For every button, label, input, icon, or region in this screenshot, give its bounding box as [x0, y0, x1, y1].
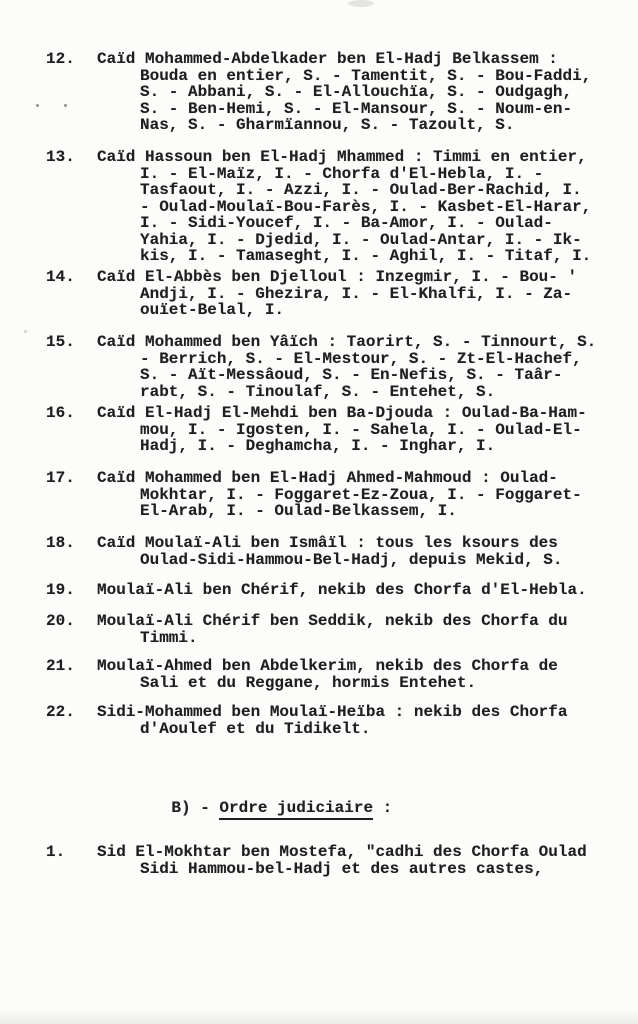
text-line: Caïd El-Abbès ben Djelloul : Inzegmir, I…	[97, 269, 627, 286]
item-text: Moulaï-Ali Chérif ben Seddik, nekib des …	[97, 613, 627, 646]
item-number: 16.	[46, 405, 75, 422]
item-number: 20.	[46, 613, 75, 630]
text-line: S. - Ben-Hemi, S. - El-Mansour, S. - Nou…	[97, 101, 627, 118]
text-line: Oulad-Sidi-Hammou-Bel-Hadj, depuis Mekid…	[97, 552, 627, 569]
item-number: 15.	[46, 334, 75, 351]
text-line: Timmi.	[97, 630, 627, 647]
scanned-document-page: 12.Caïd Mohammed-Abdelkader ben El-Hadj …	[0, 0, 638, 1024]
text-line: Moulaï-Ali Chérif ben Seddik, nekib des …	[97, 613, 627, 630]
text-line: El-Arab, I. - Oulad-Belkassem, I.	[97, 503, 627, 520]
text-line: - Berrich, S. - El-Mestour, S. - Zt-El-H…	[97, 351, 627, 368]
text-line: Mokhtar, I. - Foggaret-Ez-Zoua, I. - Fog…	[97, 487, 627, 504]
item-number: 14.	[46, 269, 75, 286]
text-line: - Oulad-Moulaï-Bou-Farès, I. - Kasbet-El…	[97, 199, 627, 216]
text-line: Bouda en entier, S. - Tamentit, S. - Bou…	[97, 68, 627, 85]
heading-prefix: B) -	[171, 799, 219, 817]
item-text: Sid El-Mokhtar ben Mostefa, "cadhi des C…	[97, 844, 627, 877]
text-line: I. - Sidi-Youcef, I. - Ba-Amor, I. - Oul…	[97, 215, 627, 232]
text-line: Caïd Mohammed ben Yâïch : Taorirt, S. - …	[97, 334, 627, 351]
text-line: Nas, S. - Gharmïannou, S. - Tazoult, S.	[97, 117, 627, 134]
item-number: 17.	[46, 470, 75, 487]
scan-smudge	[348, 0, 374, 7]
text-line: Caïd Mohammed ben El-Hadj Ahmed-Mahmoud …	[97, 470, 627, 487]
text-line: Sali et du Reggane, hormis Entehet.	[97, 675, 627, 692]
text-line: Caïd Moulaï-Ali ben Ismâïl : tous les ks…	[97, 535, 627, 552]
item-number: 19.	[46, 582, 75, 599]
heading-suffix: :	[373, 799, 392, 817]
text-line: I. - El-Maïz, I. - Chorfa d'El-Hebla, I.…	[97, 166, 627, 183]
item-text: Caïd Mohammed ben Yâïch : Taorirt, S. - …	[97, 334, 627, 400]
item-text: Caïd Hassoun ben El-Hadj Mhammed : Timmi…	[97, 149, 627, 265]
scan-speck	[24, 330, 27, 333]
item-number: 21.	[46, 658, 75, 675]
item-text: Moulaï-Ali ben Chérif, nekib des Chorfa …	[97, 582, 627, 599]
heading-underlined-text: Ordre judiciaire	[219, 799, 373, 820]
text-line: Sid El-Mokhtar ben Mostefa, "cadhi des C…	[97, 844, 627, 861]
page-bottom-shadow	[0, 1010, 638, 1024]
section-heading-ordre-judiciaire: B) - Ordre judiciaire :	[133, 783, 392, 833]
text-line: Tasfaout, I. - Azzi, I. - Oulad-Ber-Rach…	[97, 182, 627, 199]
item-text: Moulaï-Ahmed ben Abdelkerim, nekib des C…	[97, 658, 627, 691]
text-line: kis, I. - Tamaseght, I. - Aghil, I. - Ti…	[97, 248, 627, 265]
text-line: ouïet-Belal, I.	[97, 302, 627, 319]
text-line: mou, I. - Igosten, I. - Sahela, I. - Oul…	[97, 422, 627, 439]
text-line: d'Aoulef et du Tidikelt.	[97, 721, 627, 738]
text-line: Andji, I. - Ghezira, I. - El-Khalfi, I. …	[97, 286, 627, 303]
text-line: Moulaï-Ahmed ben Abdelkerim, nekib des C…	[97, 658, 627, 675]
text-line: Caïd Hassoun ben El-Hadj Mhammed : Timmi…	[97, 149, 627, 166]
text-line: Sidi-Mohammed ben Moulaï-Heïba : nekib d…	[97, 704, 627, 721]
item-text: Caïd El-Abbès ben Djelloul : Inzegmir, I…	[97, 269, 627, 319]
text-line: Yahia, I. - Djedid, I. - Oulad-Antar, I.…	[97, 232, 627, 249]
item-number: 12.	[46, 51, 75, 68]
item-text: Caïd Mohammed ben El-Hadj Ahmed-Mahmoud …	[97, 470, 627, 520]
text-line: Sidi Hammou-bel-Hadj et des autres caste…	[97, 861, 627, 878]
text-line: S. - Abbani, S. - El-Allouchïa, S. - Oud…	[97, 84, 627, 101]
item-number: 13.	[46, 149, 75, 166]
item-number: 18.	[46, 535, 75, 552]
item-text: Sidi-Mohammed ben Moulaï-Heïba : nekib d…	[97, 704, 627, 737]
item-number: 1.	[46, 844, 65, 861]
text-line: Hadj, I. - Deghamcha, I. - Inghar, I.	[97, 438, 627, 455]
text-line: Caïd El-Hadj El-Mehdi ben Ba-Djouda : Ou…	[97, 405, 627, 422]
scan-speck	[64, 104, 67, 107]
scan-speck	[36, 104, 39, 107]
text-line: S. - Aït-Messâoud, S. - En-Nefis, S. - T…	[97, 367, 627, 384]
item-text: Caïd Mohammed-Abdelkader ben El-Hadj Bel…	[97, 51, 627, 134]
text-line: Moulaï-Ali ben Chérif, nekib des Chorfa …	[97, 582, 627, 599]
item-text: Caïd Moulaï-Ali ben Ismâïl : tous les ks…	[97, 535, 627, 568]
text-line: Caïd Mohammed-Abdelkader ben El-Hadj Bel…	[97, 51, 627, 68]
item-number: 22.	[46, 704, 75, 721]
item-text: Caïd El-Hadj El-Mehdi ben Ba-Djouda : Ou…	[97, 405, 627, 455]
text-line: rabt, S. - Tinoulaf, S. - Entehet, S.	[97, 384, 627, 401]
